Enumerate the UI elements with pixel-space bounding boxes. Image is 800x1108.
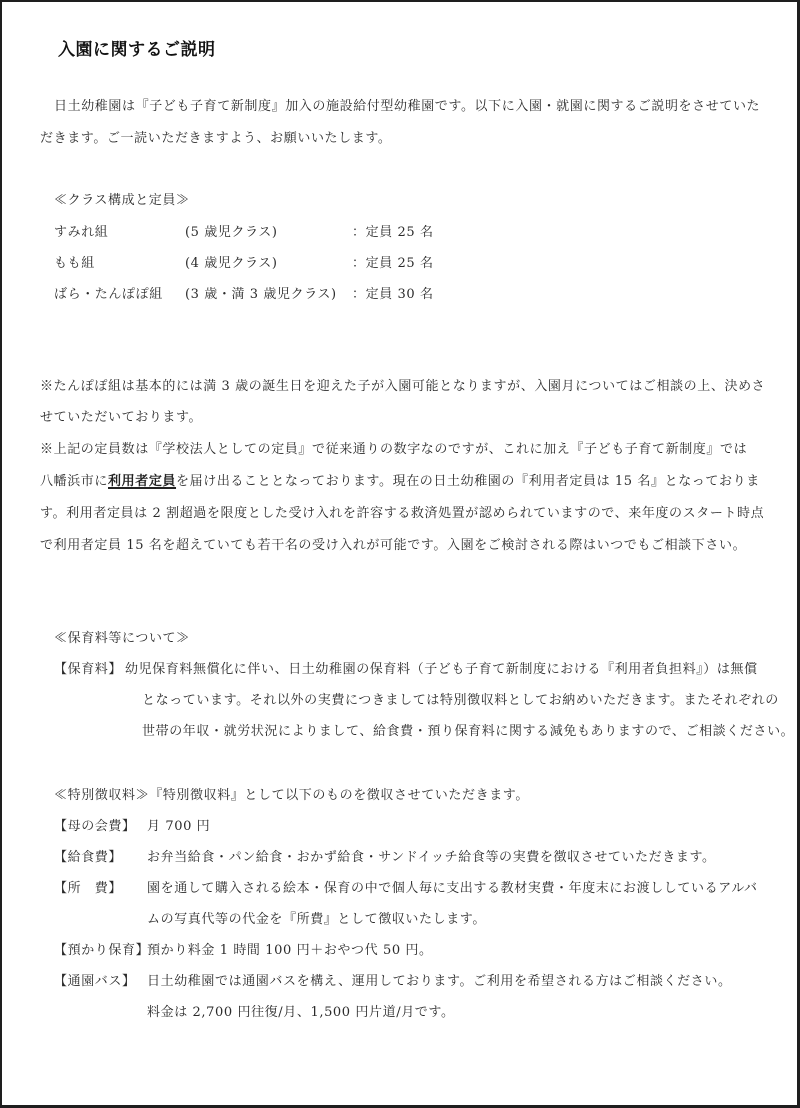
class-age: (5 歳児クラス)	[185, 225, 278, 241]
note-line: せていただいております。	[40, 410, 202, 426]
class-age: (4 歳児クラス)	[185, 256, 278, 272]
note-line: 八幡浜市に利用者定員を届け出ることとなっております。現在の日土幼稚園の『利用者定…	[40, 474, 760, 490]
special-fee-label: 【通園バス】	[54, 974, 136, 990]
note-text: 八幡浜市に	[40, 474, 108, 489]
special-fee-text: お弁当給食・パン給食・おかず給食・サンドイッチ給食等の実費を徴収させていただきま…	[147, 850, 716, 866]
intro-line: だきます。ご一読いただきますよう、お願いいたします。	[40, 131, 392, 147]
class-capacity: ：定員 25 名	[352, 256, 434, 272]
fees-section-heading: ≪保育料等について≫	[54, 631, 190, 647]
special-fee-label: 【給食費】	[54, 850, 122, 866]
note-text: を届け出ることとなっております。現在の日土幼稚園の『利用者定員は 15 名』とな…	[176, 474, 760, 489]
user-capacity-emphasis: 利用者定員	[108, 474, 176, 489]
note-line: で利用者定員 15 名を超えていても若干名の受け入れが可能です。入園をご検討され…	[40, 538, 746, 554]
fee-description: 幼児保育料無償化に伴い、日土幼稚園の保育料（子ども子育て新制度における『利用者負…	[125, 662, 758, 678]
intro-line: 日土幼稚園は『子ども子育て新制度』加入の施設給付型幼稚園です。以下に入園・就園に…	[54, 99, 760, 115]
class-age: (3 歳・満 3 歳児クラス)	[185, 287, 337, 303]
special-fee-label: 【預かり保育】	[54, 943, 149, 959]
document-page: 入園に関するご説明 日土幼稚園は『子ども子育て新制度』加入の施設給付型幼稚園です…	[2, 2, 797, 1105]
class-name: もも組	[54, 256, 95, 272]
special-fee-text: 日土幼稚園では通園バスを構え、運用しております。ご利用を希望される方はご相談くだ…	[147, 974, 732, 990]
note-line: ※たんぽぽ組は基本的には満 3 歳の誕生日を迎えた子が入園可能となりますが、入園…	[40, 379, 765, 395]
class-section-heading: ≪クラス構成と定員≫	[54, 193, 190, 209]
special-fees-heading: ≪特別徴収料≫『特別徴収料』として以下のものを徴収させていただきます。	[54, 788, 529, 804]
class-name: すみれ組	[54, 225, 108, 241]
page-title: 入園に関するご説明	[58, 35, 216, 60]
special-fee-text: 園を通して購入される絵本・保育の中で個人毎に支出する教材実費・年度末にお渡しして…	[147, 881, 758, 897]
special-fee-text: 月 700 円	[147, 819, 210, 835]
fee-description: となっています。それ以外の実費につきましては特別徴収料としてお納めいただきます。…	[142, 693, 779, 709]
class-capacity: ：定員 30 名	[352, 287, 434, 303]
note-line: す。利用者定員は 2 割超過を限度とした受け入れを許容する救済処置が認められてい…	[40, 506, 764, 522]
note-line: ※上記の定員数は『学校法人としての定員』で従来通りの数字なのですが、これに加え『…	[40, 442, 747, 458]
special-fee-text: 預かり料金 1 時間 100 円＋おやつ代 50 円。	[147, 943, 433, 959]
class-capacity: ：定員 25 名	[352, 225, 434, 241]
special-fee-text: ムの写真代等の代金を『所費』として徴収いたします。	[147, 912, 486, 928]
class-name: ばら・たんぽぽ組	[54, 287, 163, 303]
special-fee-text: 料金は 2,700 円往復/月、1,500 円片道/月です。	[147, 1005, 455, 1021]
fee-label: 【保育料】	[54, 662, 122, 678]
special-fee-label: 【母の会費】	[54, 819, 136, 835]
special-fee-label: 【所 費】	[54, 881, 122, 897]
fee-description: 世帯の年収・就労状況によりまして、給食費・預り保育料に関する減免もありますので、…	[142, 724, 794, 740]
